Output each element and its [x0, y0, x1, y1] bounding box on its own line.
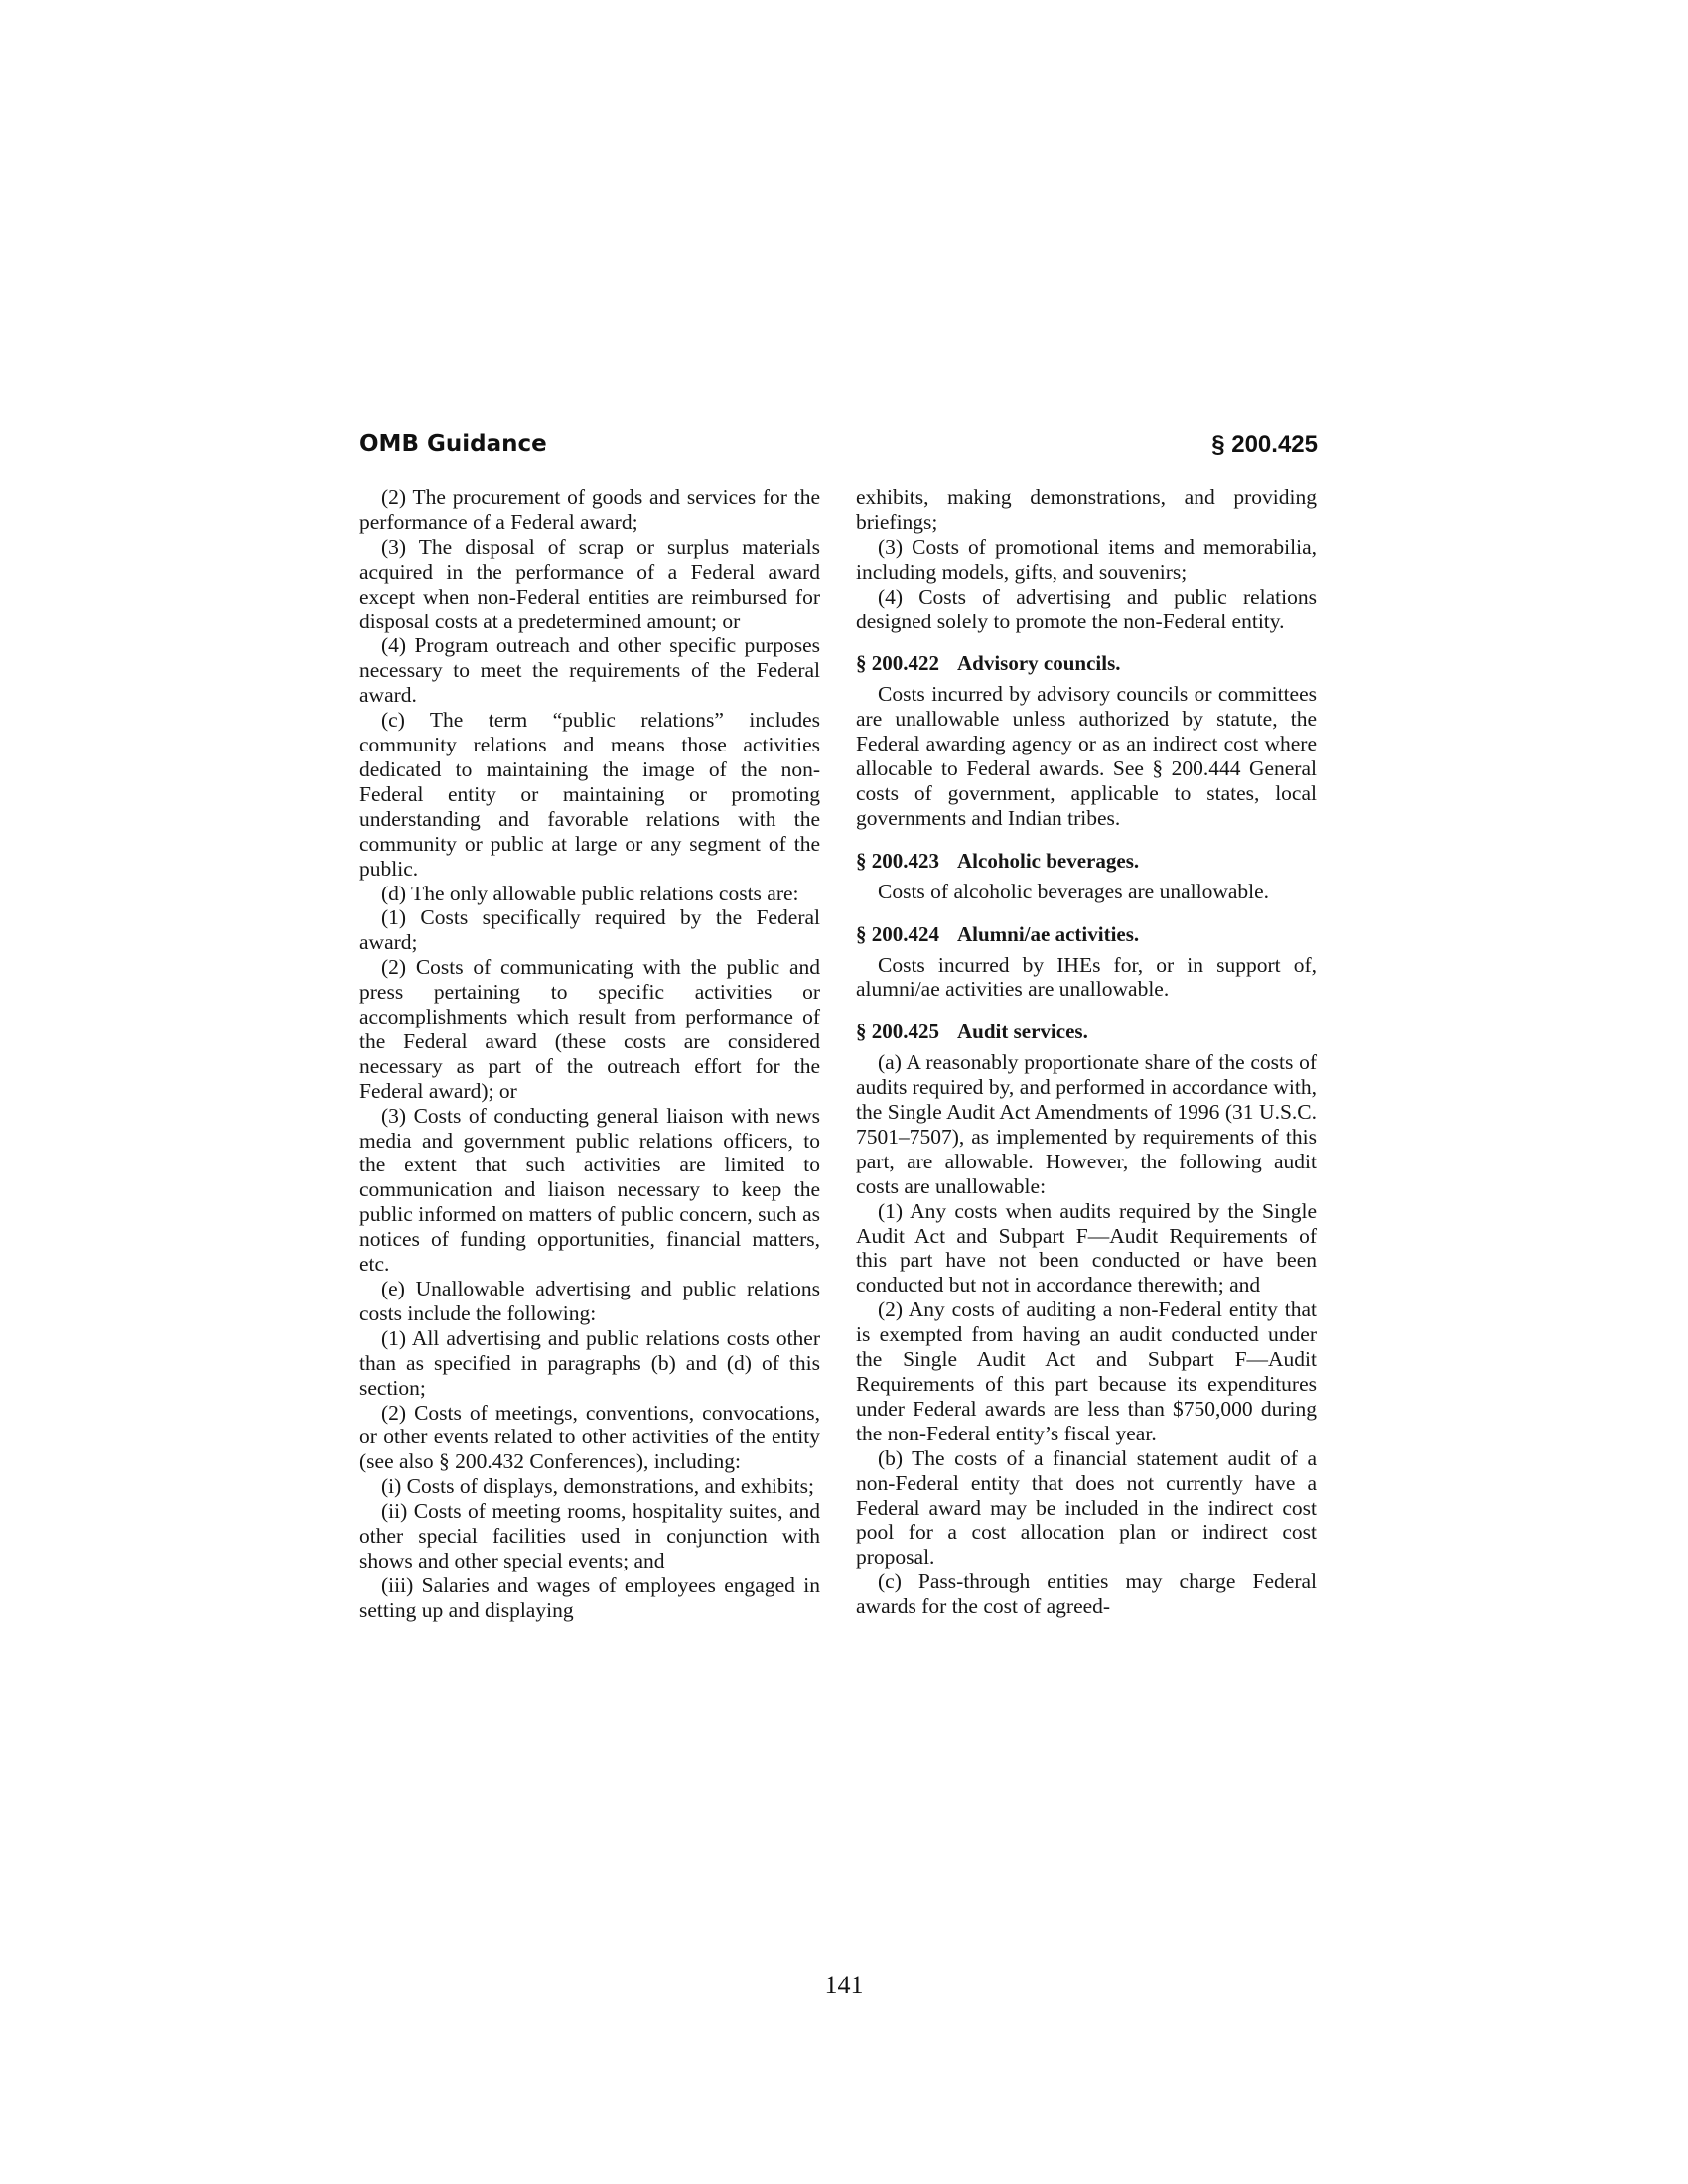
section-200-423: § 200.423Alcoholic beverages. Costs of a… [856, 849, 1317, 904]
running-title: OMB Guidance [359, 431, 547, 457]
paragraph: (1) Costs specifically required by the F… [359, 905, 820, 955]
left-column: (2) The procurement of goods and service… [359, 485, 820, 1623]
paragraph: (4) Program outreach and other specific … [359, 633, 820, 708]
paragraph: (1) Any costs when audits required by th… [856, 1199, 1317, 1298]
right-column: exhibits, making demonstrations, and pro… [856, 485, 1317, 1619]
section-title: Alumni/ae activities. [957, 922, 1139, 946]
paragraph: (3) The disposal of scrap or surplus mat… [359, 535, 820, 634]
paragraph: (3) Costs of promotional items and memor… [856, 535, 1317, 585]
paragraph: (iii) Salaries and wages of employees en… [359, 1573, 820, 1623]
paragraph: (e) Unallowable advertising and public r… [359, 1277, 820, 1326]
section-heading: § 200.422Advisory councils. [856, 651, 1317, 676]
section-title: Advisory councils. [957, 651, 1121, 675]
paragraph: (b) The costs of a financial statement a… [856, 1446, 1317, 1570]
paragraph: (2) Any costs of auditing a non-Federal … [856, 1297, 1317, 1445]
paragraph: Costs incurred by IHEs for, or in suppor… [856, 953, 1317, 1003]
paragraph: (3) Costs of conducting general liaison … [359, 1104, 820, 1277]
section-200-425: § 200.425Audit services. (a) A reasonabl… [856, 1020, 1317, 1619]
paragraph: (2) The procurement of goods and service… [359, 485, 820, 535]
paragraph: (1) All advertising and public relations… [359, 1326, 820, 1401]
section-heading: § 200.424Alumni/ae activities. [856, 922, 1317, 947]
paragraph: (i) Costs of displays, demonstrations, a… [359, 1474, 820, 1499]
section-title: Audit services. [957, 1020, 1088, 1043]
paragraph: (ii) Costs of meeting rooms, hospitality… [359, 1499, 820, 1573]
section-heading: § 200.425Audit services. [856, 1020, 1317, 1044]
paragraph: (4) Costs of advertising and public rela… [856, 585, 1317, 634]
continued-paragraph: exhibits, making demonstrations, and pro… [856, 485, 1317, 535]
section-number: § 200.425 [856, 1020, 939, 1043]
page-number: 141 [0, 1971, 1688, 2000]
paragraph: (2) Costs of communicating with the publ… [359, 955, 820, 1103]
section-number: § 200.424 [856, 922, 939, 946]
paragraph: (c) The term “public relations” includes… [359, 708, 820, 881]
paragraph: (a) A reasonably proportionate share of … [856, 1050, 1317, 1198]
paragraph: Costs incurred by advisory councils or c… [856, 682, 1317, 830]
paragraph: (2) Costs of meetings, conventions, conv… [359, 1401, 820, 1475]
section-number: § 200.422 [856, 651, 939, 675]
section-number: § 200.423 [856, 849, 939, 873]
section-200-424: § 200.424Alumni/ae activities. Costs inc… [856, 922, 1317, 1003]
paragraph: (c) Pass-through entities may charge Fed… [856, 1570, 1317, 1619]
section-200-422: § 200.422Advisory councils. Costs incurr… [856, 651, 1317, 830]
section-heading: § 200.423Alcoholic beverages. [856, 849, 1317, 874]
paragraph: Costs of alcoholic beverages are unallow… [856, 880, 1317, 904]
paragraph: (d) The only allowable public relations … [359, 882, 820, 906]
section-reference: § 200.425 [1211, 431, 1318, 459]
section-title: Alcoholic beverages. [957, 849, 1139, 873]
